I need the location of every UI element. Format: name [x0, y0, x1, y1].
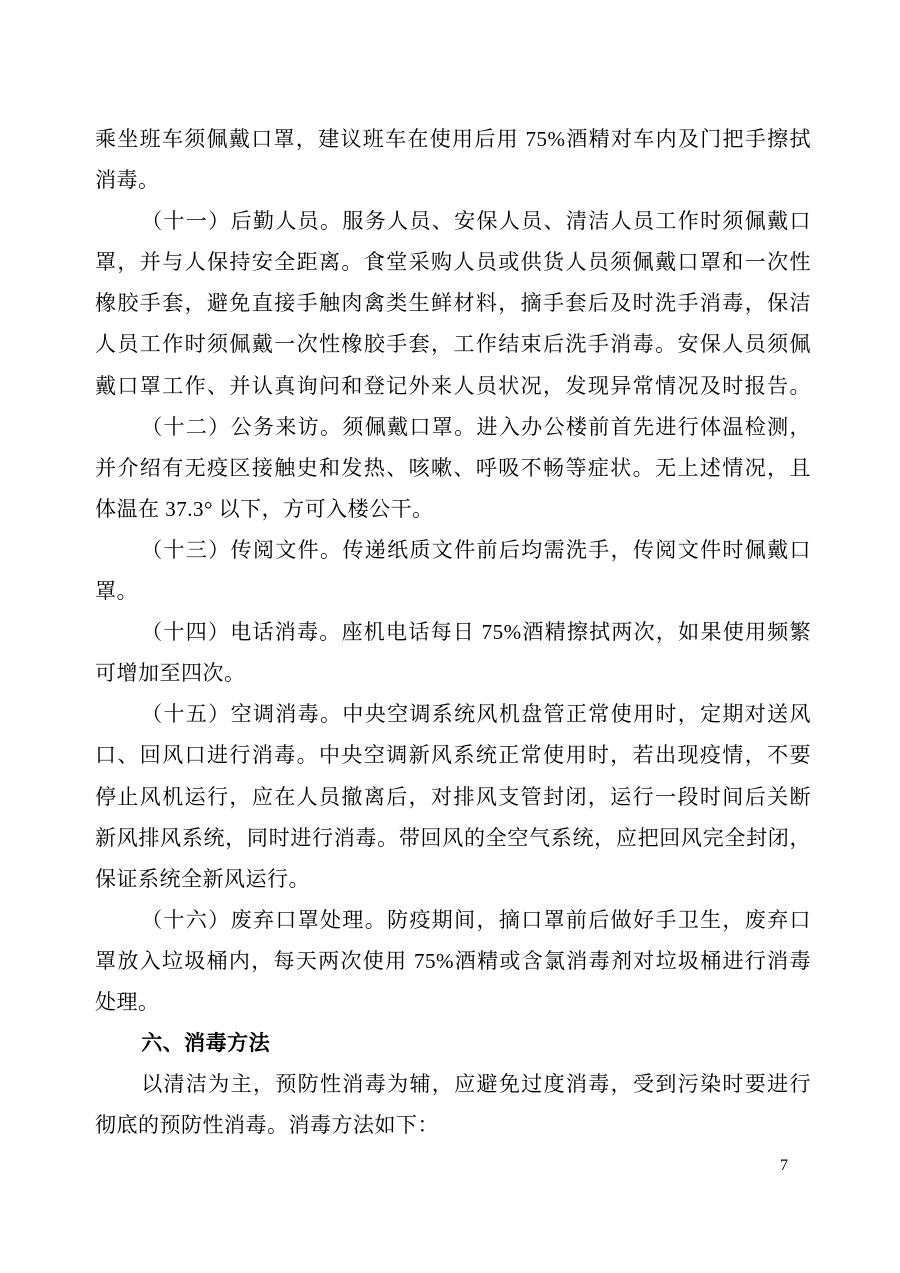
text-line: 罩。 — [95, 571, 811, 612]
section-heading: 六、消毒方法 — [95, 1023, 811, 1064]
text-line: 可增加至四次。 — [95, 653, 811, 694]
text-line: 保证系统全新风运行。 — [95, 859, 811, 900]
text-line: 乘坐班车须佩戴口罩，建议班车在使用后用 75%酒精对车内及门把手擦拭 — [95, 119, 811, 160]
text-line: （十四）电话消毒。座机电话每日 75%酒精擦拭两次，如果使用频繁 — [95, 612, 811, 653]
document-page: 乘坐班车须佩戴口罩，建议班车在使用后用 75%酒精对车内及门把手擦拭消毒。（十一… — [0, 0, 900, 1273]
text-line: 橡胶手套，避免直接手触肉禽类生鲜材料，摘手套后及时洗手消毒，保洁 — [95, 283, 811, 324]
text-line: 处理。 — [95, 982, 811, 1023]
page-number: 7 — [780, 1156, 788, 1176]
text-line: 戴口罩工作、并认真询问和登记外来人员状况，发现异常情况及时报告。 — [95, 366, 811, 407]
text-line: 罩放入垃圾桶内，每天两次使用 75%酒精或含氯消毒剂对垃圾桶进行消毒 — [95, 941, 811, 982]
text-line: （十三）传阅文件。传递纸质文件前后均需洗手，传阅文件时佩戴口 — [95, 530, 811, 571]
text-line: 消毒。 — [95, 160, 811, 201]
text-line: （十六）废弃口罩处理。防疫期间，摘口罩前后做好手卫生，废弃口 — [95, 900, 811, 941]
text-line: 以清洁为主，预防性消毒为辅，应避免过度消毒，受到污染时要进行 — [95, 1064, 811, 1105]
text-line: （十一）后勤人员。服务人员、安保人员、清洁人员工作时须佩戴口 — [95, 201, 811, 242]
text-line: 并介绍有无疫区接触史和发热、咳嗽、呼吸不畅等症状。无上述情况，且 — [95, 448, 811, 489]
text-line: 停止风机运行，应在人员撤离后，对排风支管封闭，运行一段时间后关断 — [95, 777, 811, 818]
text-line: 罩，并与人保持安全距离。食堂采购人员或供货人员须佩戴口罩和一次性 — [95, 242, 811, 283]
text-line: （十五）空调消毒。中央空调系统风机盘管正常使用时，定期对送风 — [95, 694, 811, 735]
text-line: 彻底的预防性消毒。消毒方法如下： — [95, 1105, 811, 1146]
text-line: 新风排风系统，同时进行消毒。带回风的全空气系统，应把回风完全封闭， — [95, 818, 811, 859]
document-body: 乘坐班车须佩戴口罩，建议班车在使用后用 75%酒精对车内及门把手擦拭消毒。（十一… — [95, 119, 811, 1146]
text-lines: 乘坐班车须佩戴口罩，建议班车在使用后用 75%酒精对车内及门把手擦拭消毒。（十一… — [95, 119, 811, 1146]
text-line: 人员工作时须佩戴一次性橡胶手套，工作结束后洗手消毒。安保人员须佩 — [95, 324, 811, 365]
text-line: 口、回风口进行消毒。中央空调新风系统正常使用时，若出现疫情，不要 — [95, 735, 811, 776]
text-line: 体温在 37.3° 以下，方可入楼公干。 — [95, 489, 811, 530]
text-line: （十二）公务来访。须佩戴口罩。进入办公楼前首先进行体温检测， — [95, 407, 811, 448]
